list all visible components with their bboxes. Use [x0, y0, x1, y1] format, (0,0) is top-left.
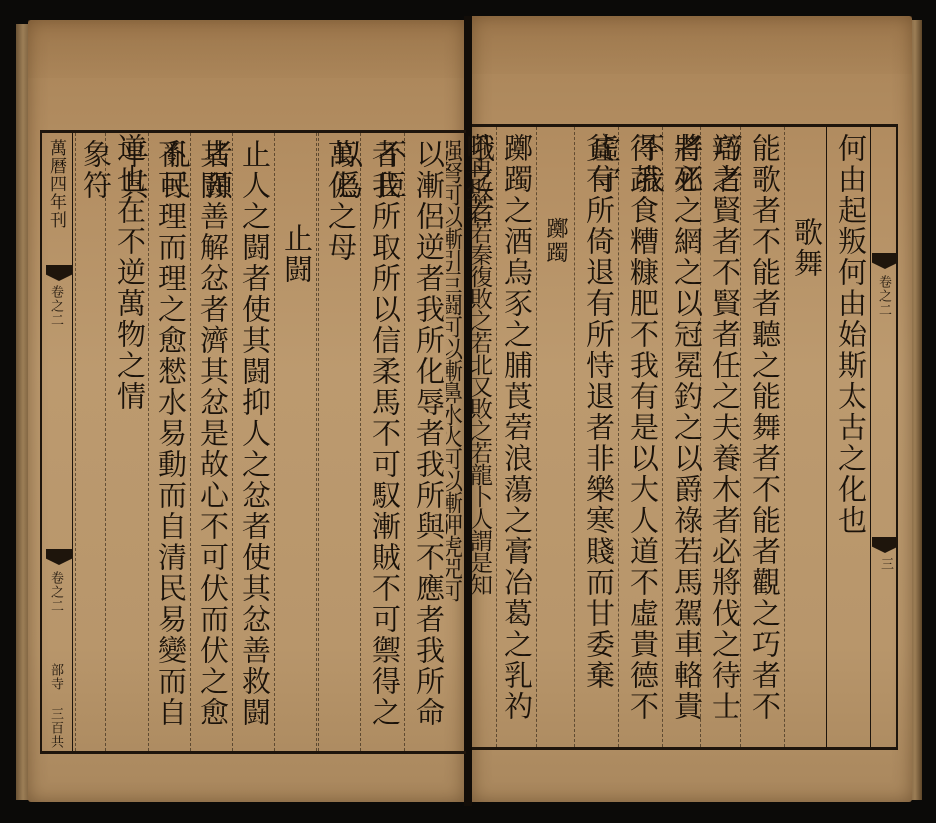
text-column: 萬化之母 [318, 133, 360, 751]
spine-chapter: 卷之二 [874, 275, 893, 317]
fish-tail-mark-icon [872, 253, 898, 269]
text-column: 辯之賢者不賢者任之夫養木者必將伐之待士者必 [700, 127, 744, 747]
text-column: 其闘善解忿者濟其忿是故心不可伏而伏之愈亂民 [190, 133, 232, 751]
fish-tail-mark-icon [46, 549, 72, 565]
text-column: 得蔬食糟糠肥不我有是以大人道不虛貴德不虛守 [618, 127, 662, 747]
text-column: 道也在不逆萬物之情 [105, 133, 149, 751]
text-column: 躑躅之酒烏豕之脯莨菪浪蕩之膏冶葛之乳礿哦之若 [496, 127, 536, 747]
fish-tail-mark-icon [872, 537, 898, 553]
text-column: 者我所取所以信柔馬不可馭漸賊不可禦得之以爲 [360, 133, 404, 751]
text-column: 止人之闘者使其闘抑人之忿者使其忿善救闘者預 [232, 133, 274, 751]
left-text-frame: 萬曆四年刊 卷之二 卷之二 部寺 三百共 象符 道也在不逆萬物之情 不可理而理之… [40, 130, 466, 754]
text-column: 以漸侶逆者我所化辱者我所與不應者我所命不臣 [404, 133, 448, 751]
spine-chapter: 卷之二 [46, 285, 65, 327]
text-column: 貧有所倚退有所恃退者非樂寒賤而甘委棄 [574, 127, 618, 747]
text-column: 能歌者不能者聽之能舞者不能者觀之巧者不巧者 [740, 127, 784, 747]
section-heading: 躑躅 [536, 127, 574, 747]
section-heading: 止闘 [274, 133, 316, 751]
right-text-frame: 芥再敗之若秦復敗之若北又敗之若龍卜人謂是知 躑躅之酒烏豕之脯莨菪浪蕩之膏冶葛之乳… [472, 124, 898, 750]
text-column: 不可理而理之愈憖水易動而自清民易變而自平其 [148, 133, 190, 751]
spine-page-number: 三 [876, 557, 895, 571]
section-heading: 歌舞 [784, 127, 826, 747]
spine-lower-label: 卷之二 [46, 571, 65, 613]
spine-lower-extra: 部寺 三百共 [46, 663, 65, 749]
text-column: 何由起叛何由始斯太古之化也 [826, 127, 870, 747]
